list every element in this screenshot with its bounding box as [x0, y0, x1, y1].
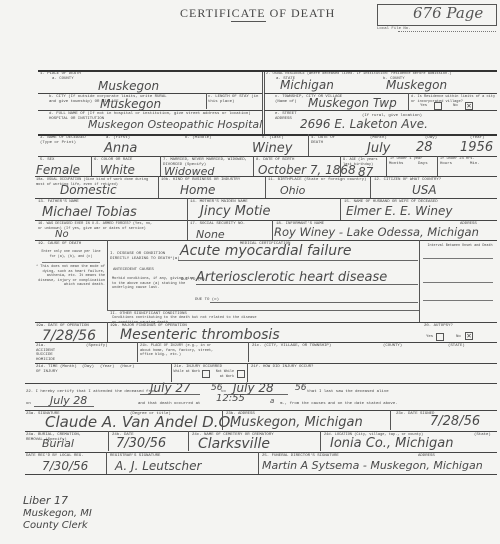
divider: [272, 220, 273, 240]
t-day-label: (Day): [82, 365, 94, 370]
residence-state: Michigan: [280, 78, 334, 92]
residence-county: Muskegon: [386, 78, 447, 92]
location-state-label: (State): [474, 433, 491, 438]
informant: Roy Winey - Lake Odessa, Michigan: [274, 225, 479, 239]
middle-label: b. (Middle): [185, 136, 211, 141]
citizen-label: 12. CITIZEN OF WHAT COUNTRY?: [374, 178, 441, 183]
file-annotation: 676 Page: [413, 4, 483, 22]
cause-label: 19. CAUSE OF DEATH: [38, 242, 81, 247]
cause-a-line: [178, 260, 418, 261]
funeral-address-label: ADDRESS: [418, 454, 435, 459]
city-limits-label: d. Is Residence within limits of a city …: [411, 95, 497, 104]
divider: [42, 262, 100, 263]
divider: [137, 342, 138, 362]
birthplace: Ohio: [280, 184, 305, 197]
divider: [340, 198, 341, 220]
mother-name: Jincy Motie: [200, 204, 271, 219]
accident-label: 21a. ACCIDENT SUICIDE HOMICIDE: [36, 344, 64, 362]
birth-label: 8. DATE OF BIRTH: [256, 158, 294, 163]
divider: [187, 220, 188, 240]
divider: [408, 93, 409, 110]
divider: [419, 240, 420, 322]
armed-forces: No: [55, 229, 69, 240]
cert-from: July 27: [150, 381, 191, 395]
divider: [187, 198, 188, 220]
burial-location: Ionia Co., Michigan: [330, 436, 453, 451]
local-file-line: [398, 31, 496, 32]
margin-note-line-3: County Clerk: [23, 520, 88, 532]
interval-a-line: [423, 258, 493, 259]
divider: [264, 93, 497, 94]
funeral-label: 25. FUNERAL DIRECTOR'S SIGNATURE: [262, 454, 339, 459]
cert-text-4: m., from the causes and on the date stat…: [280, 402, 398, 407]
death-city: Muskegon: [100, 97, 161, 111]
stay-label: c. LENGTH OF STAY (in this place): [208, 95, 260, 104]
how-label: 21f. HOW DID INJURY OCCUR?: [251, 365, 313, 370]
burial-date: 7/30/56: [116, 436, 166, 451]
divider: [386, 156, 387, 176]
injury-city-label: 21c. (CITY, VILLAGE, OR TOWNSHIP): [252, 344, 331, 349]
divider: [320, 431, 321, 451]
divider: [35, 240, 497, 241]
last-name: Winey: [252, 141, 292, 156]
t-hour-label: (Hour): [120, 365, 134, 370]
father-name: Michael Tobias: [42, 205, 137, 220]
divider: [25, 410, 497, 411]
divider: [35, 322, 497, 323]
op-findings: Mesenteric thrombosis: [120, 327, 280, 343]
divider: [206, 93, 207, 109]
hospital-name: Muskegon Osteopathic Hospital: [88, 118, 262, 131]
divider: [264, 110, 497, 111]
race: White: [100, 163, 135, 177]
cert-time: 12:55: [216, 393, 245, 404]
divider: [158, 176, 159, 198]
divider: [107, 322, 108, 342]
divider: [264, 72, 265, 134]
first-label: a. (First): [106, 136, 130, 141]
divider: [265, 176, 266, 198]
at-work-checkbox[interactable]: [202, 370, 210, 378]
month-label: (Month): [370, 136, 387, 141]
sex: Female: [36, 163, 80, 177]
cemetery: Clarksville: [198, 436, 270, 452]
yes-label: Yes: [420, 104, 427, 109]
cause-note: * This does not mean the mode of dying, …: [35, 265, 105, 288]
cert-on-label: on: [26, 402, 31, 407]
cause-b: Arteriosclerotic heart disease: [196, 270, 387, 285]
not-at-work-label: Not While at Work: [210, 370, 234, 379]
antecedent-label: ANTECEDENT CAUSES: [113, 268, 154, 273]
registrar-label: REGISTRAR'S SIGNATURE: [110, 454, 160, 459]
name-label: 3. NAME OF DECEASED (Type or Print): [40, 136, 90, 145]
divider: [308, 134, 309, 156]
under-year-label: If under 1 year: [390, 157, 422, 162]
death-month: July: [367, 141, 390, 156]
no-label: No: [453, 104, 458, 109]
divider: [35, 220, 497, 221]
last-label: c. (Last): [262, 136, 284, 141]
interval-c-line: [423, 300, 493, 301]
divider: [35, 342, 497, 343]
county-label: a. COUNTY: [52, 77, 74, 82]
registrar-signature: A. J. Leutscher: [115, 459, 201, 473]
divider: [106, 452, 107, 474]
interval-label: Interval Between Onset and Death: [425, 244, 495, 249]
residence-township: Muskegon Twp: [308, 96, 397, 110]
cert-text-1: 22. I hereby certify that I attended the…: [26, 390, 156, 395]
divider: [108, 431, 109, 451]
divider: [38, 110, 262, 111]
margin-note-line-2: Muskegon, MI: [23, 508, 92, 520]
divider: [247, 363, 248, 382]
city-limits-no-checkbox[interactable]: ✕: [465, 102, 473, 110]
cert-last-seen: July 28: [50, 394, 87, 407]
divider: [25, 474, 497, 475]
months-label: Months: [389, 162, 403, 167]
cert-text-2: that I last saw the deceased alive: [307, 390, 389, 395]
not-at-work-checkbox[interactable]: [237, 370, 245, 378]
first-name: Anna: [104, 141, 137, 156]
birthplace-label: 11. BIRTHPLACE (State or foreign country…: [268, 178, 366, 183]
document-title: CERTIFICATE OF DEATH: [180, 6, 335, 21]
t-year-label: (Year): [100, 365, 114, 370]
sex-label: 5. SEX: [40, 158, 54, 163]
divider: [91, 156, 92, 176]
divider: [38, 93, 262, 94]
industry-label: 10b. KIND OF BUSINESS OR INDUSTRY: [161, 178, 240, 183]
ssn-label: 17. SOCIAL SECURITY NO.: [190, 222, 245, 227]
city-limits-yes-checkbox[interactable]: [434, 102, 442, 110]
death-year: 1956: [460, 140, 493, 155]
recd-label: DATE REC'D BY LOCAL REG.: [26, 454, 84, 459]
death-date-label: 4. DATE OF DEATH: [311, 136, 341, 145]
divider: [188, 431, 189, 451]
recd-date: 7/30/56: [42, 459, 88, 473]
divider: [35, 198, 497, 199]
divider: [107, 240, 108, 310]
t-month-label: (Month): [60, 365, 77, 370]
divider: [160, 156, 161, 176]
margin-note-line-1: Liber 17: [23, 495, 68, 507]
injury-occurred-label: 21e. INJURY OCCURRED: [174, 365, 222, 370]
industry: Home: [180, 183, 215, 197]
title-underline: [231, 21, 266, 22]
death-day: 28: [416, 140, 433, 155]
at-work-label: While at Work: [172, 370, 200, 375]
divider: [35, 363, 497, 364]
occupation: Domestic: [60, 183, 117, 197]
divider: [35, 176, 497, 177]
days-label: Days: [418, 162, 428, 167]
specify-label: (Specify): [86, 344, 108, 349]
interval-b-line: [423, 282, 493, 283]
under-day-label: If under 24 Hrs.: [440, 157, 475, 162]
usual-residence-label: 2. USUAL RESIDENCE (Where deceased lived…: [266, 72, 496, 77]
date-signed-label: 23c. DATE SIGNED: [396, 412, 434, 417]
min-label: Min.: [470, 162, 480, 167]
divider: [222, 410, 223, 430]
autopsy-no-label: No: [456, 335, 461, 340]
disposition: Burial: [42, 437, 74, 450]
cause-c-line: [210, 302, 418, 303]
date-signed: 7/28/56: [430, 414, 480, 429]
street-address: 2696 E. Laketon Ave.: [300, 117, 428, 131]
divider: [25, 431, 497, 432]
physician-signature: Claude A. Van Andel D.O.: [45, 413, 234, 431]
cert-to-year: 56: [295, 383, 306, 393]
divider: [258, 452, 259, 474]
father-label: 13. FATHER'S NAME: [38, 200, 79, 205]
divider: [25, 452, 497, 453]
autopsy-no-checkbox[interactable]: ✕: [465, 332, 473, 340]
cert-ampm: a: [270, 397, 274, 405]
cause-b-line: [196, 284, 418, 285]
part1-label: I. DISEASE OR CONDITION DIRECTLY LEADING…: [110, 252, 180, 261]
physician-address: Muskegon, Michigan: [230, 415, 363, 430]
divider: [370, 176, 371, 198]
divider: [253, 156, 254, 176]
spouse-name: Elmer E. E. Winey: [346, 204, 452, 218]
place-of-death-label: 1. PLACE OF DEATH: [40, 72, 81, 77]
injury-county-label: (COUNTY): [383, 344, 402, 349]
injury-place-label: 21b. PLACE OF INJURY (e.g., in or about …: [140, 344, 214, 358]
divider: [437, 156, 438, 176]
death-county: Muskegon: [98, 79, 159, 93]
divider: [107, 310, 419, 311]
autopsy-label: 20. AUTOPSY?: [424, 324, 453, 329]
divider: [390, 410, 391, 430]
autopsy-yes-label: Yes: [426, 335, 433, 340]
race-label: 6. COLOR OR RACE: [94, 158, 132, 163]
cert-text-3: and that death occurred at: [138, 402, 200, 407]
divider: [248, 342, 249, 362]
cause-a: Acute myocardial failure: [180, 243, 351, 259]
cause-instructions: Enter only one cause per line for (a), (…: [38, 250, 104, 259]
funeral-director: Martin A Sytsema - Muskegon, Michigan: [262, 459, 483, 472]
injury-state-label: (STATE): [448, 344, 465, 349]
citizen: USA: [412, 183, 437, 197]
hours-label: Hours: [440, 162, 452, 167]
divider: [38, 156, 497, 157]
autopsy-yes-checkbox[interactable]: [436, 333, 444, 341]
divider: [340, 156, 341, 176]
